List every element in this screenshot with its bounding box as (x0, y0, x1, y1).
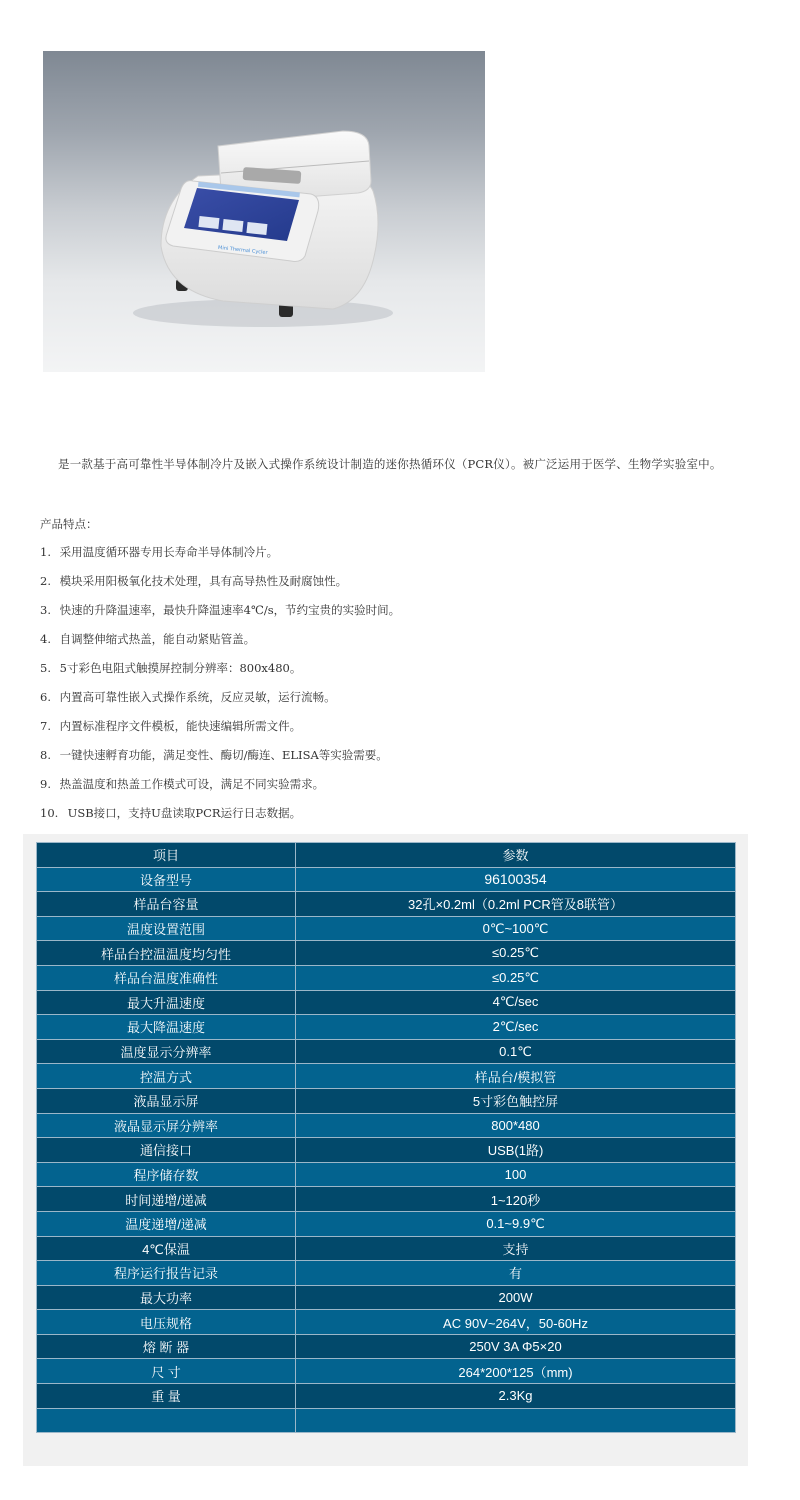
feature-text: USB接口，支持U盘读取PCR运行日志数据。 (68, 806, 301, 820)
feature-text: 内置标准程序文件模板，能快速编辑所需文件。 (60, 719, 302, 733)
feature-text: 5寸彩色电阻式触摸屏控制分辨率：800x480。 (60, 661, 302, 675)
spec-table: 项目 参数 设备型号96100354 样品台容量32孔×0.2ml（0.2ml … (36, 842, 736, 1433)
feature-text: 自调整伸缩式热盖，能自动紧贴管盖。 (60, 632, 256, 646)
spec-item: 4℃保温 (37, 1236, 296, 1261)
table-row: 样品台温度准确性≤0.25℃ (37, 965, 736, 990)
feature-item: 5. 5寸彩色电阻式触摸屏控制分辨率：800x480。 (40, 661, 400, 690)
spec-value: 250V 3A Φ5×20 (296, 1334, 736, 1359)
table-row: 程序运行报告记录有 (37, 1261, 736, 1286)
spec-value: ≤0.25℃ (296, 941, 736, 966)
spec-item: 电压规格 (37, 1310, 296, 1335)
spec-item: 温度设置范围 (37, 916, 296, 941)
table-row: 样品台控温温度均匀性≤0.25℃ (37, 941, 736, 966)
spec-item: 液晶显示屏 (37, 1088, 296, 1113)
table-row: 温度递增/递减0.1~9.9℃ (37, 1211, 736, 1236)
feature-text: 热盖温度和热盖工作模式可设，满足不同实验需求。 (60, 777, 325, 791)
feature-item: 4. 自调整伸缩式热盖，能自动紧贴管盖。 (40, 632, 400, 661)
spec-item: 控温方式 (37, 1064, 296, 1089)
feature-text: 模块采用阳极氧化技术处理，具有高导热性及耐腐蚀性。 (60, 574, 348, 588)
spec-value: 0℃~100℃ (296, 916, 736, 941)
header-item: 项目 (37, 843, 296, 868)
table-row: 液晶显示屏分辨率800*480 (37, 1113, 736, 1138)
table-row: 最大升温速度4℃/sec (37, 990, 736, 1015)
feature-number: 7. (40, 719, 56, 733)
table-row: 时间递增/递减1~120秒 (37, 1187, 736, 1212)
features-list: 1. 采用温度循环器专用长寿命半导体制冷片。 2. 模块采用阳极氧化技术处理，具… (40, 545, 400, 835)
spec-item: 时间递增/递减 (37, 1187, 296, 1212)
spec-item: 温度显示分辨率 (37, 1039, 296, 1064)
spec-value: 2.3Kg (296, 1384, 736, 1409)
spec-item: 程序运行报告记录 (37, 1261, 296, 1286)
spec-value: 264*200*125（mm) (296, 1359, 736, 1384)
table-row: 样品台容量32孔×0.2ml（0.2ml PCR管及8联管） (37, 892, 736, 917)
spec-value: 100 (296, 1162, 736, 1187)
table-row: 最大功率200W (37, 1285, 736, 1310)
spec-value: ≤0.25℃ (296, 965, 736, 990)
spec-value: 4℃/sec (296, 990, 736, 1015)
feature-number: 9. (40, 777, 56, 791)
table-row: 温度显示分辨率0.1℃ (37, 1039, 736, 1064)
features-title: 产品特点： (40, 516, 98, 532)
spec-value: 样品台/模拟管 (296, 1064, 736, 1089)
spec-item: 通信接口 (37, 1138, 296, 1163)
table-row: 熔 断 器250V 3A Φ5×20 (37, 1334, 736, 1359)
feature-number: 5. (40, 661, 56, 675)
feature-item: 10. USB接口，支持U盘读取PCR运行日志数据。 (40, 806, 400, 835)
table-row: 控温方式样品台/模拟管 (37, 1064, 736, 1089)
table-row: 温度设置范围0℃~100℃ (37, 916, 736, 941)
feature-number: 4. (40, 632, 56, 646)
feature-number: 8. (40, 748, 56, 762)
feature-item: 6. 内置高可靠性嵌入式操作系统，反应灵敏，运行流畅。 (40, 690, 400, 719)
spec-item: 样品台温度准确性 (37, 965, 296, 990)
table-row: 尺 寸264*200*125（mm) (37, 1359, 736, 1384)
feature-item: 3. 快速的升降温速率，最快升降温速率4℃/s，节约宝贵的实验时间。 (40, 603, 400, 632)
spec-item: 最大升温速度 (37, 990, 296, 1015)
feature-item: 7. 内置标准程序文件模板，能快速编辑所需文件。 (40, 719, 400, 748)
table-row: 通信接口USB(1路) (37, 1138, 736, 1163)
spec-value: 0.1~9.9℃ (296, 1211, 736, 1236)
feature-text: 采用温度循环器专用长寿命半导体制冷片。 (60, 545, 279, 559)
spec-value: 0.1℃ (296, 1039, 736, 1064)
table-header-row: 项目 参数 (37, 843, 736, 868)
spec-value: 96100354 (296, 867, 736, 892)
feature-number: 3. (40, 603, 56, 617)
spec-item: 尺 寸 (37, 1359, 296, 1384)
table-row-empty (37, 1408, 736, 1433)
spec-item: 熔 断 器 (37, 1334, 296, 1359)
spec-item: 样品台控温温度均匀性 (37, 941, 296, 966)
feature-number: 10. (40, 806, 64, 820)
spec-value: 有 (296, 1261, 736, 1286)
spec-item: 样品台容量 (37, 892, 296, 917)
spec-value: 32孔×0.2ml（0.2ml PCR管及8联管） (296, 892, 736, 917)
feature-item: 8. 一键快速孵育功能，满足变性、酶切/酶连、ELISA等实验需要。 (40, 748, 400, 777)
intro-paragraph: 是一款基于高可靠性半导体制冷片及嵌入式操作系统设计制造的迷你热循环仪（PCR仪）… (40, 456, 752, 472)
spec-item (37, 1408, 296, 1433)
spec-value: 800*480 (296, 1113, 736, 1138)
spec-item: 程序储存数 (37, 1162, 296, 1187)
spec-value: 5寸彩色触控屏 (296, 1088, 736, 1113)
spec-item: 液晶显示屏分辨率 (37, 1113, 296, 1138)
spec-value: 1~120秒 (296, 1187, 736, 1212)
table-row: 程序储存数100 (37, 1162, 736, 1187)
table-row: 电压规格AC 90V~264V，50-60Hz (37, 1310, 736, 1335)
spec-value: 2℃/sec (296, 1015, 736, 1040)
feature-number: 2. (40, 574, 56, 588)
spec-value: 支持 (296, 1236, 736, 1261)
spec-item: 重 量 (37, 1384, 296, 1409)
table-row: 液晶显示屏5寸彩色触控屏 (37, 1088, 736, 1113)
spec-value: USB(1路) (296, 1138, 736, 1163)
feature-text: 内置高可靠性嵌入式操作系统，反应灵敏，运行流畅。 (60, 690, 336, 704)
table-row: 重 量2.3Kg (37, 1384, 736, 1409)
feature-number: 1. (40, 545, 56, 559)
feature-item: 9. 热盖温度和热盖工作模式可设，满足不同实验需求。 (40, 777, 400, 806)
spec-value (296, 1408, 736, 1433)
feature-text: 一键快速孵育功能，满足变性、酶切/酶连、ELISA等实验需要。 (60, 748, 388, 762)
spec-item: 温度递增/递减 (37, 1211, 296, 1236)
table-row: 最大降温速度2℃/sec (37, 1015, 736, 1040)
spec-item: 最大降温速度 (37, 1015, 296, 1040)
spec-item: 设备型号 (37, 867, 296, 892)
spec-item: 最大功率 (37, 1285, 296, 1310)
spec-value: AC 90V~264V，50-60Hz (296, 1310, 736, 1335)
feature-item: 1. 采用温度循环器专用长寿命半导体制冷片。 (40, 545, 400, 574)
spec-value: 200W (296, 1285, 736, 1310)
thermal-cycler-illustration: Mini Thermal Cycler (43, 51, 485, 372)
table-row: 设备型号96100354 (37, 867, 736, 892)
product-photo: Mini Thermal Cycler (43, 51, 485, 372)
header-value: 参数 (296, 843, 736, 868)
feature-item: 2. 模块采用阳极氧化技术处理，具有高导热性及耐腐蚀性。 (40, 574, 400, 603)
table-row: 4℃保温支持 (37, 1236, 736, 1261)
feature-number: 6. (40, 690, 56, 704)
feature-text: 快速的升降温速率，最快升降温速率4℃/s，节约宝贵的实验时间。 (60, 603, 400, 617)
